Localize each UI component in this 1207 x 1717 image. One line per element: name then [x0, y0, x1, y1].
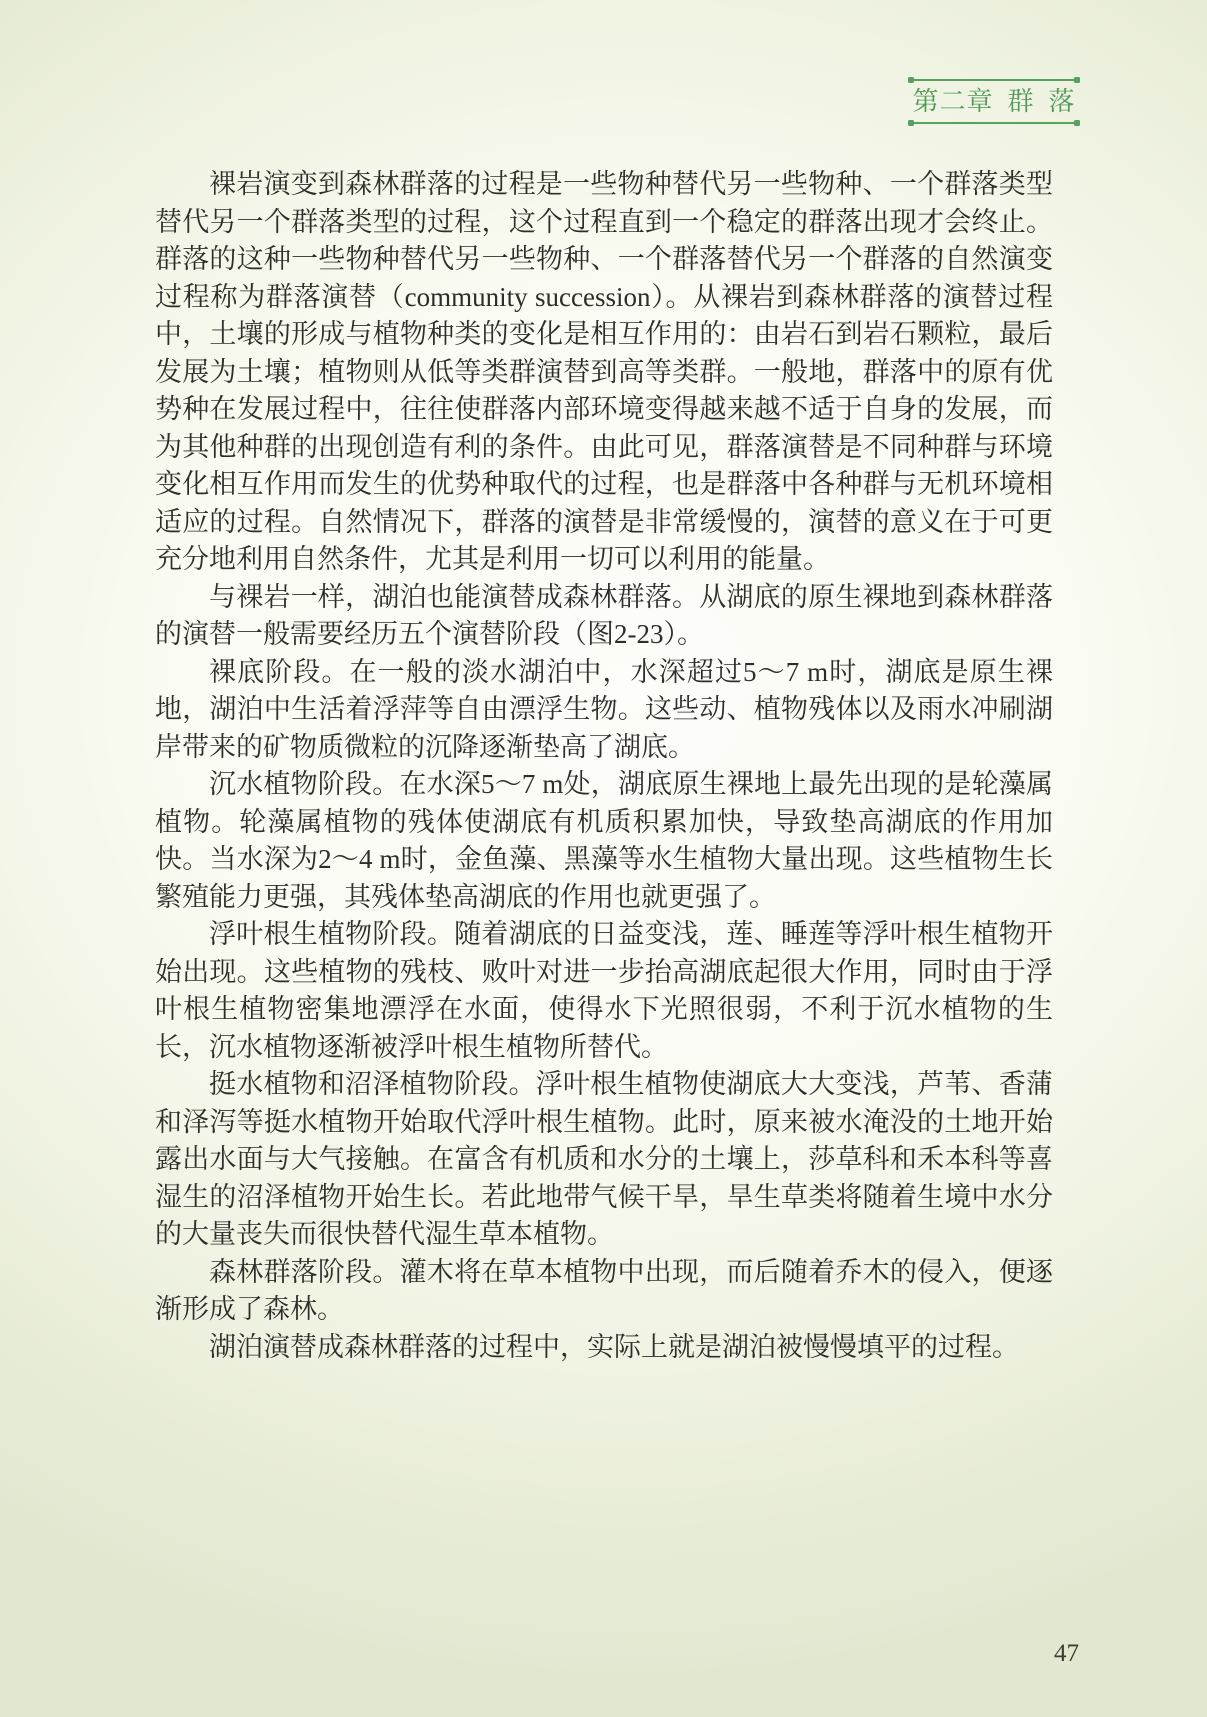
page-number: 47 [1054, 1640, 1079, 1668]
paragraph-lake-succession-intro: 与裸岩一样，湖泊也能演替成森林群落。从湖底的原生裸地到森林群落的演替一般需要经历… [155, 579, 1053, 654]
paragraph-emergent-marsh-plant-stage: 挺水植物和沼泽植物阶段。浮叶根生植物使湖底大大变浅，芦苇、香蒲和泽泻等挺水植物开… [155, 1066, 1053, 1254]
rule-dot-icon [1074, 77, 1080, 83]
paragraph-lake-filling-summary: 湖泊演替成森林群落的过程中，实际上就是湖泊被慢慢填平的过程。 [155, 1329, 1053, 1367]
rule-dot-icon [908, 120, 914, 126]
paragraph-bare-bottom-stage: 裸底阶段。在一般的淡水湖泊中，水深超过5～7 m时，湖底是原生裸地，湖泊中生活着… [155, 654, 1053, 767]
rule-dot-icon [908, 77, 914, 83]
header-rule-bottom [910, 122, 1078, 124]
chapter-title: 第二章 群 落 [910, 81, 1078, 122]
textbook-page: 第二章 群 落 裸岩演变到森林群落的过程是一些物种替代另一些物种、一个群落类型替… [0, 0, 1207, 1717]
paragraph-forest-community-stage: 森林群落阶段。灌木将在草本植物中出现，而后随着乔木的侵入，便逐渐形成了森林。 [155, 1254, 1053, 1329]
body-text: 裸岩演变到森林群落的过程是一些物种替代另一些物种、一个群落类型替代另一个群落类型… [155, 166, 1053, 1366]
paragraph-succession-definition: 裸岩演变到森林群落的过程是一些物种替代另一些物种、一个群落类型替代另一个群落类型… [155, 166, 1053, 579]
chapter-header: 第二章 群 落 [910, 79, 1078, 124]
paragraph-submerged-plant-stage: 沉水植物阶段。在水深5～7 m处，湖底原生裸地上最先出现的是轮藻属植物。轮藻属植… [155, 766, 1053, 916]
rule-dot-icon [1074, 120, 1080, 126]
paragraph-floating-leaf-plant-stage: 浮叶根生植物阶段。随着湖底的日益变浅，莲、睡莲等浮叶根生植物开始出现。这些植物的… [155, 916, 1053, 1066]
header-rule-top [910, 79, 1078, 81]
